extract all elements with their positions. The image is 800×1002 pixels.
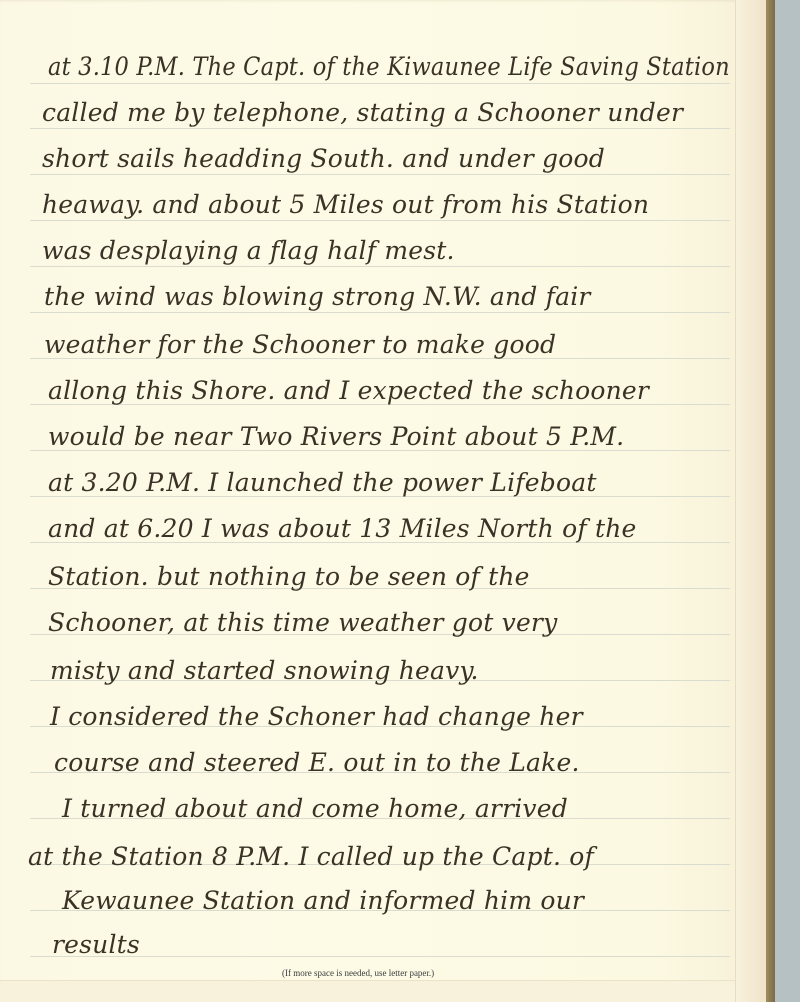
- handwritten-line-14: misty and started snowing heavy.: [50, 656, 479, 685]
- handwritten-line-2: called me by telephone, stating a Schoon…: [42, 98, 683, 127]
- handwritten-line-6: the wind was blowing strong N.W. and fai…: [44, 282, 591, 311]
- handwritten-line-13: Schooner, at this time weather got very: [48, 608, 557, 637]
- handwritten-line-7: weather for the Schooner to make good: [44, 330, 556, 359]
- handwritten-line-10: at 3.20 P.M. I launched the power Lifebo…: [48, 468, 597, 497]
- handwritten-line-19: Kewaunee Station and informed him our: [62, 886, 584, 915]
- handwritten-line-8: allong this Shore. and I expected the sc…: [48, 376, 649, 405]
- ruled-line: [30, 174, 730, 175]
- handwritten-line-17: I turned about and come home, arrived: [62, 794, 568, 823]
- handwritten-line-16: course and steered E. out in to the Lake…: [54, 748, 580, 777]
- handwritten-line-4: heaway. and about 5 Miles out from his S…: [42, 190, 649, 219]
- handwritten-line-15: I considered the Schoner had change her: [50, 702, 583, 731]
- handwritten-line-5: was desplaying a flag half mest.: [42, 236, 455, 265]
- page-bottom-margin: [0, 980, 768, 1002]
- book-binding: [766, 0, 775, 1002]
- printed-footer-note: (If more space is needed, use letter pap…: [282, 968, 434, 978]
- ruled-line: [30, 83, 730, 84]
- handwritten-line-9: would be near Two Rivers Point about 5 P…: [48, 422, 624, 451]
- logbook-page: at 3.10 P.M. The Capt. of the Kiwaunee L…: [0, 0, 768, 1002]
- page-edge: [735, 0, 766, 1002]
- handwritten-line-12: Station. but nothing to be seen of the: [48, 562, 530, 591]
- handwritten-line-20: results: [52, 930, 140, 959]
- handwritten-line-1: at 3.10 P.M. The Capt. of the Kiwaunee L…: [48, 52, 730, 81]
- scan-backdrop: [775, 0, 800, 1002]
- handwritten-line-3: short sails headding South. and under go…: [42, 144, 605, 173]
- handwritten-line-18: at the Station 8 P.M. I called up the Ca…: [28, 842, 594, 871]
- ruled-line: [30, 266, 730, 267]
- handwritten-line-11: and at 6.20 I was about 13 Miles North o…: [48, 514, 637, 543]
- ruled-line: [30, 312, 730, 313]
- ruled-line: [30, 220, 730, 221]
- ruled-line: [30, 128, 730, 129]
